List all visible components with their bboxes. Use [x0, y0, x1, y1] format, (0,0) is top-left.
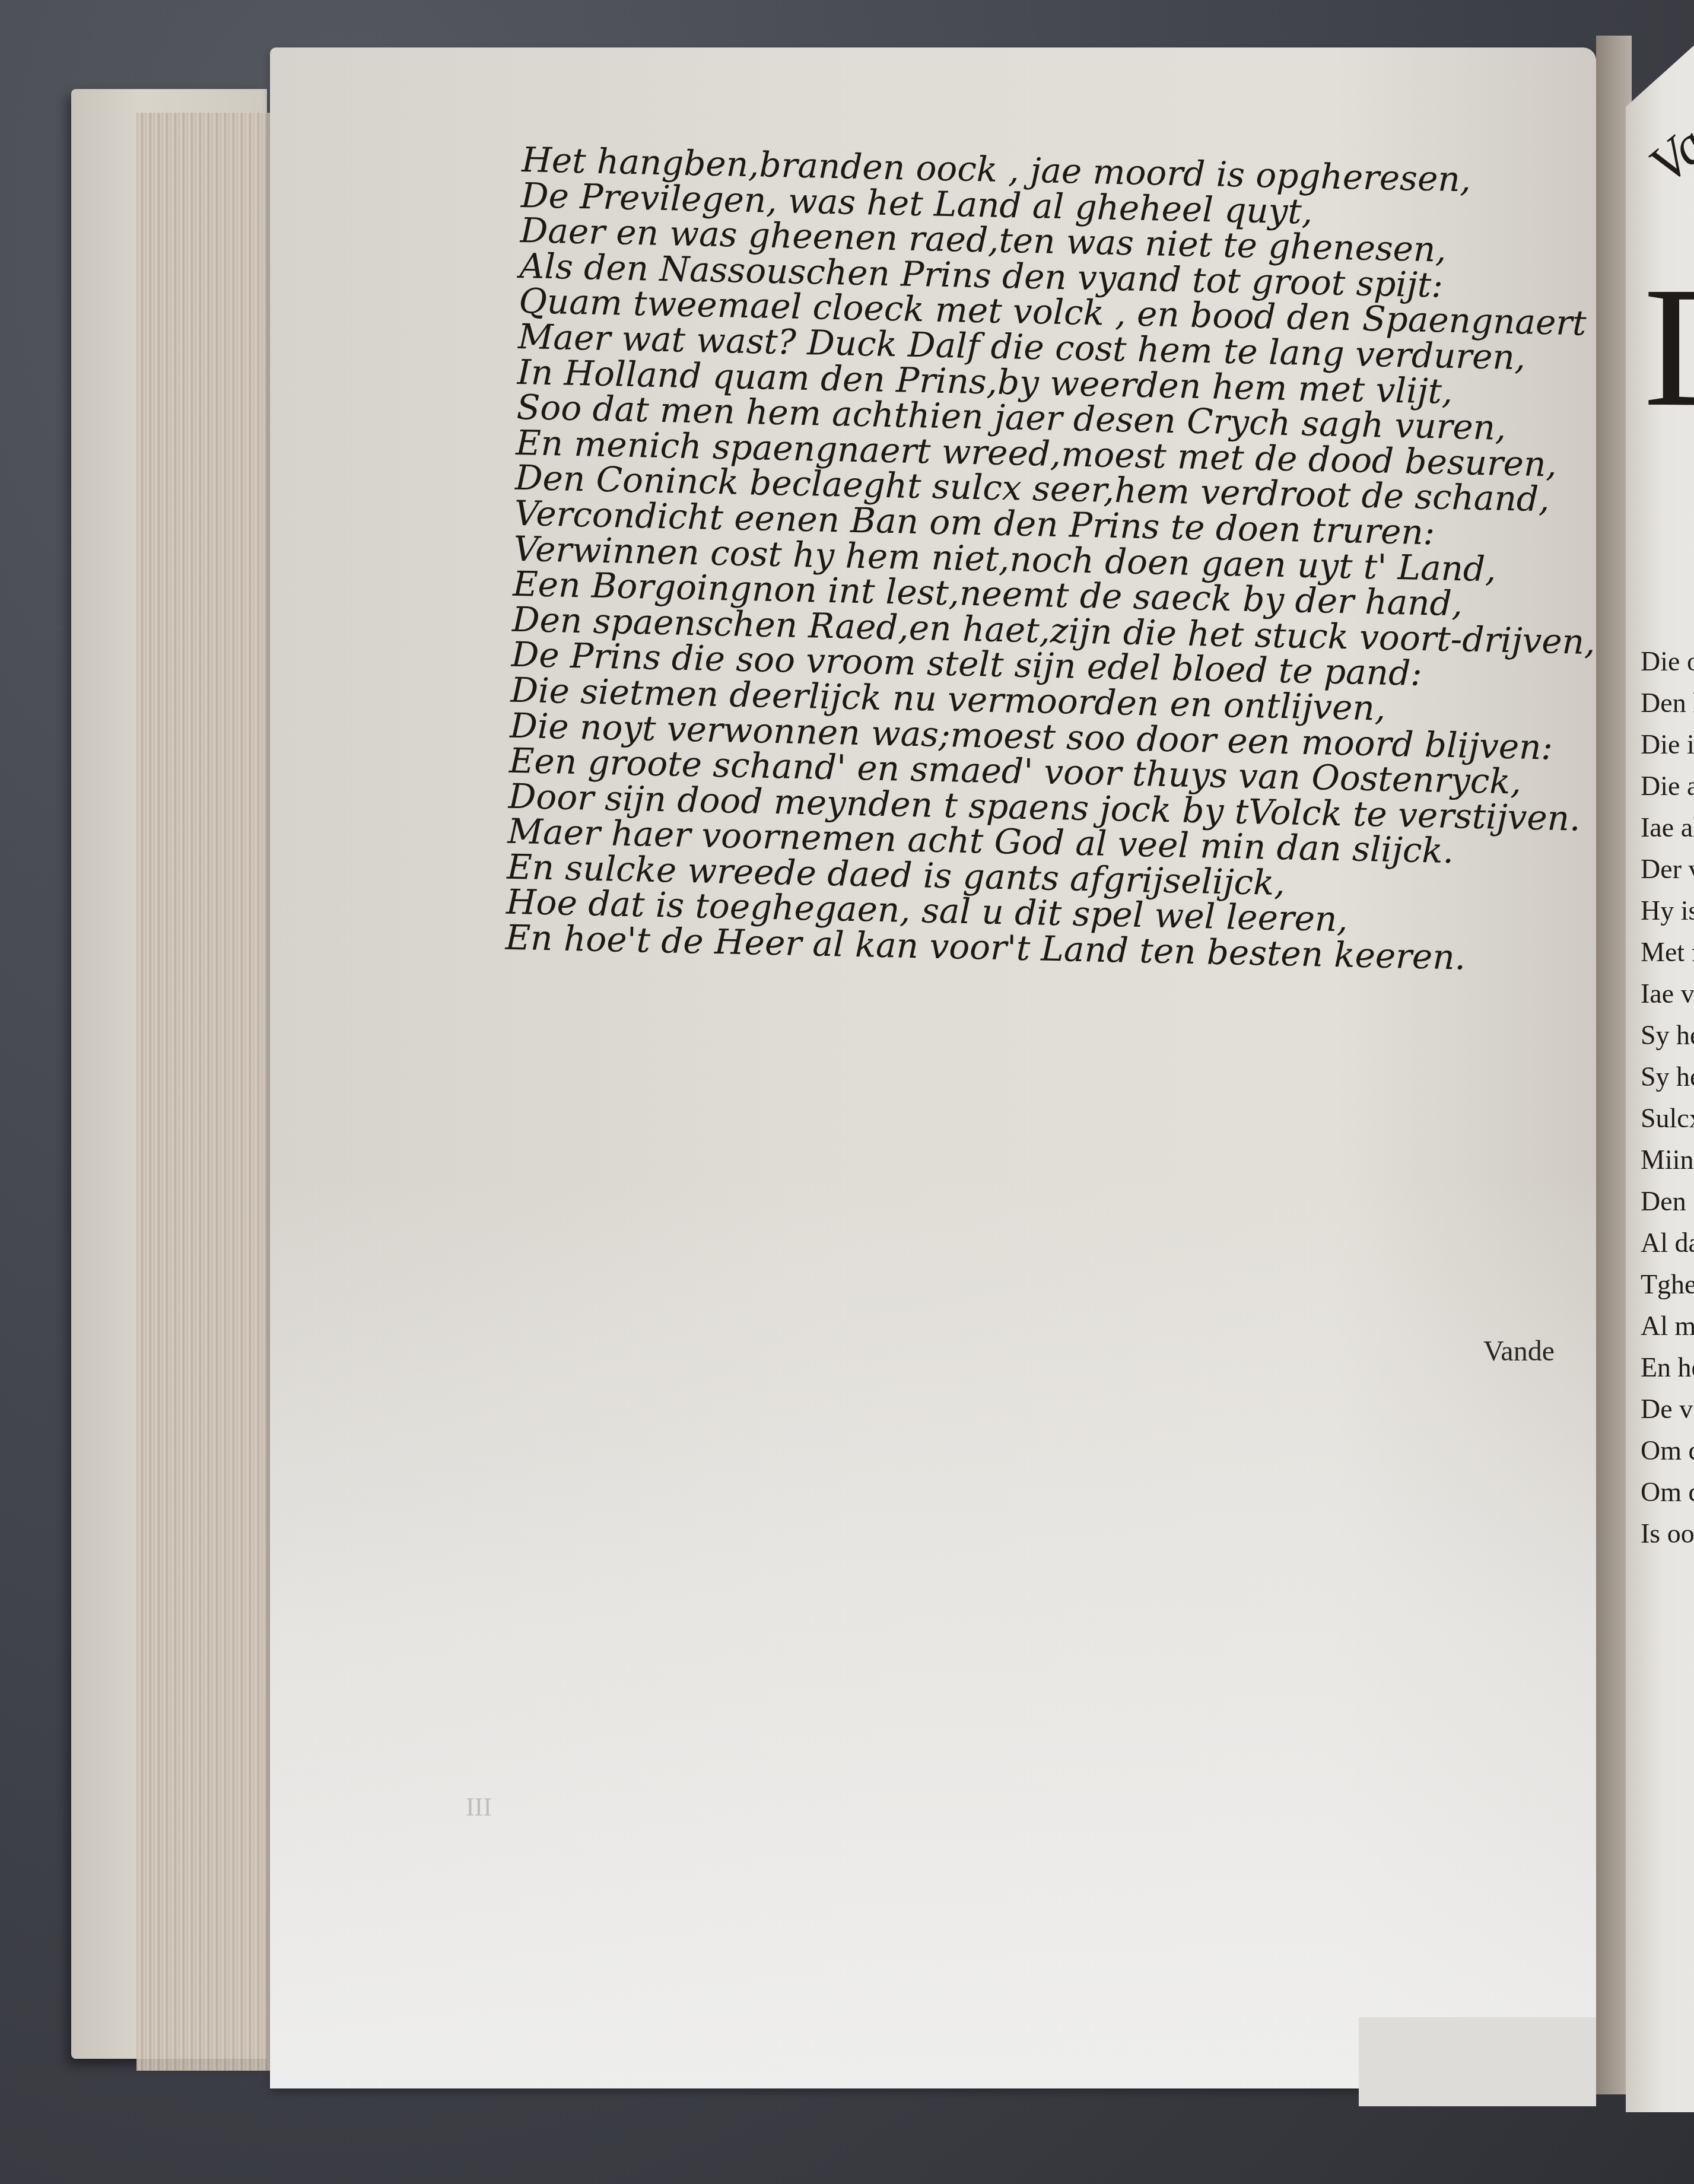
text-line-fragment: Is oorsa — [1641, 1513, 1694, 1554]
text-line-fragment: Miin h — [1641, 1139, 1694, 1181]
text-line-fragment: Den Sp — [1641, 1181, 1694, 1222]
right-page-heading: Van — [1638, 97, 1694, 195]
text-line-fragment: Den hel — [1641, 682, 1694, 724]
page-fore-edges — [136, 113, 279, 2071]
text-line-fragment: Die ooc — [1641, 641, 1694, 682]
text-line-fragment: Tghee — [1641, 1264, 1694, 1305]
left-page: Het hangben,branden oock , jae moord is … — [270, 47, 1596, 2088]
text-line-fragment: Iae aller — [1641, 807, 1694, 848]
right-page: Van D Die ooc Den hel Die in fi Die al d… — [1626, 0, 1694, 2112]
paper-lighting — [270, 1175, 1596, 2088]
text-line-fragment: Sulcx — [1641, 1098, 1694, 1139]
text-line-fragment: Om dat — [1641, 1471, 1694, 1513]
text-line-fragment: Al mii — [1641, 1305, 1694, 1347]
text-line-fragment: Iae va — [1641, 973, 1694, 1015]
paper-strip — [1359, 2017, 1596, 2106]
text-line-fragment: De ver — [1641, 1388, 1694, 1430]
text-line-fragment: Der vro — [1641, 848, 1694, 890]
text-line-fragment: Met fo — [1641, 932, 1694, 973]
text-line-fragment: Die in fi — [1641, 724, 1694, 765]
right-page-text: Die ooc Den hel Die in fi Die al de Iae … — [1641, 641, 1694, 1554]
text-line-fragment: Sy hel — [1641, 1015, 1694, 1056]
drop-cap: D — [1644, 261, 1694, 433]
poem-text: Het hangben,branden oock , jae moord is … — [505, 142, 1530, 977]
text-line-fragment: En heb — [1641, 1347, 1694, 1388]
text-line-fragment: Die al de — [1641, 765, 1694, 807]
text-line-fragment: Sy hel — [1641, 1056, 1694, 1098]
text-line-fragment: Om da — [1641, 1430, 1694, 1471]
bleed-through-page-number: III — [466, 1792, 492, 1822]
catchword: Vande — [1483, 1335, 1555, 1368]
text-line-fragment: Hy ist — [1641, 890, 1694, 932]
text-line-fragment: Al dath — [1641, 1222, 1694, 1264]
